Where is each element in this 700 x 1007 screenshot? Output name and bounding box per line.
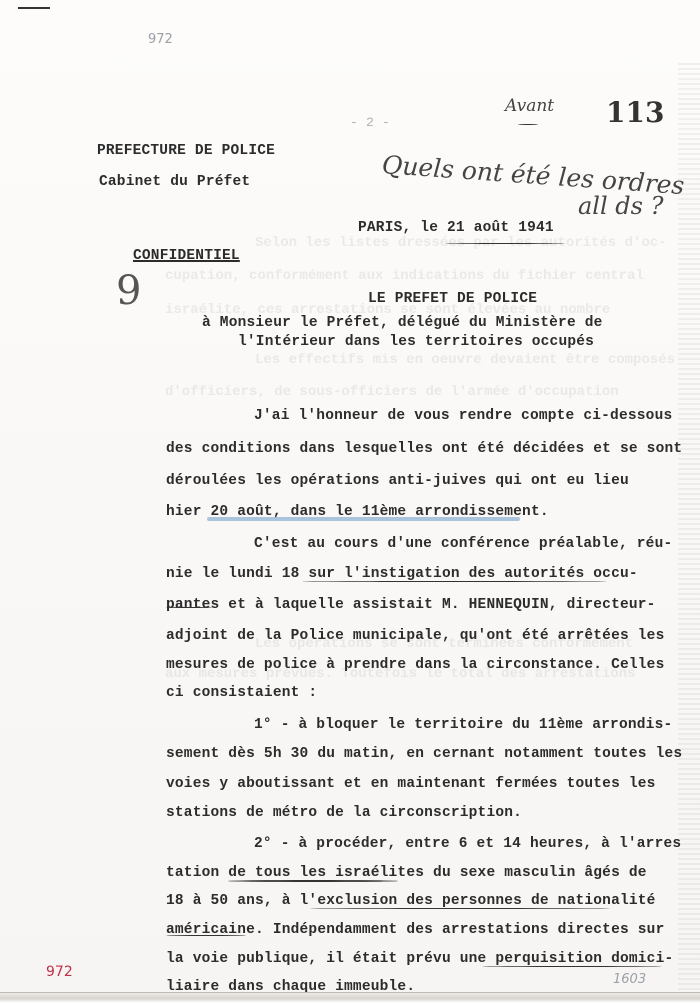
body-line: des conditions dans lesquelles ont été d… [166, 441, 682, 457]
recipient-line1: à Monsieur le Préfet, délégué du Ministè… [202, 315, 603, 331]
exclusion-underline [310, 908, 610, 909]
body-line: la voie publique, il était prévu une per… [166, 951, 673, 967]
israelites-underline [228, 880, 398, 882]
header-prefecture: PREFECTURE DE POLICE [97, 143, 275, 159]
body-line: ci consistaient : [166, 685, 317, 701]
date-underline [445, 243, 565, 244]
body-line: pantes et à laquelle assistait M. HENNEQ… [166, 597, 656, 613]
body-line: déroulées les opérations anti-juives qui… [166, 473, 629, 489]
bleed-through-text: cupation, conformément aux indications d… [165, 268, 644, 284]
left-margin-handwritten-mark: 9 [116, 268, 141, 314]
body-line: adjoint de la Police municipale, qu'ont … [166, 628, 664, 644]
handwritten-margin-note-line2: all ds ? [578, 192, 663, 220]
document-page: Selon les listes dressées par les autori… [0, 0, 700, 1007]
archive-number-faint: 972 [148, 32, 173, 47]
body-line: J'ai l'honneur de vous rendre compte ci-… [254, 408, 672, 424]
body-line: tation de tous les israélites du sexe ma… [166, 865, 647, 881]
archive-number-red: 972 [46, 964, 73, 980]
body-line: 1° - à bloquer le territoire du 11ème ar… [254, 717, 672, 733]
perquisition-underline [482, 966, 662, 967]
folio-number: 113 [606, 96, 664, 129]
avant-underline [518, 124, 538, 125]
bleed-through-text: Les effectifs mis en oeuvre devaient êtr… [255, 352, 675, 368]
classification-label: CONFIDENTIEL [133, 248, 240, 264]
place-date: PARIS, le 21 août 1941 [358, 220, 554, 236]
body-line: 18 à 50 ans, à l'exclusion des personnes… [166, 893, 656, 909]
sender-title: LE PREFET DE POLICE [368, 291, 537, 307]
footer-number: 1603 [613, 972, 646, 987]
blue-highlight-underline [207, 517, 520, 521]
instigation-underline [302, 581, 607, 582]
body-line: mesures de police à prendre dans la circ… [166, 657, 664, 673]
body-line: voies y aboutissant et en maintenant fer… [166, 776, 656, 792]
body-line: 2° - à procéder, entre 6 et 14 heures, à… [254, 836, 681, 852]
handwritten-avant: Avant [505, 96, 554, 116]
body-line: C'est au cours d'une conférence préalabl… [254, 536, 672, 552]
header-cabinet: Cabinet du Préfet [99, 174, 250, 190]
scan-bottom-edge [0, 992, 700, 1007]
americaine-underline [166, 935, 246, 936]
body-line: sement dès 5h 30 du matin, en cernant no… [166, 746, 682, 762]
top-left-dash-mark [18, 7, 50, 9]
bleed-through-text: d'officiers, de sous-officiers de l'armé… [165, 384, 619, 400]
page-number-marker: - 2 - [350, 115, 390, 130]
body-line: nie le lundi 18 sur l'instigation des au… [166, 566, 638, 582]
pantes-underline [166, 607, 212, 608]
recipient-line2: l'Intérieur dans les territoires occupés [238, 334, 594, 350]
body-line: stations de métro de la circonscription. [166, 805, 522, 821]
